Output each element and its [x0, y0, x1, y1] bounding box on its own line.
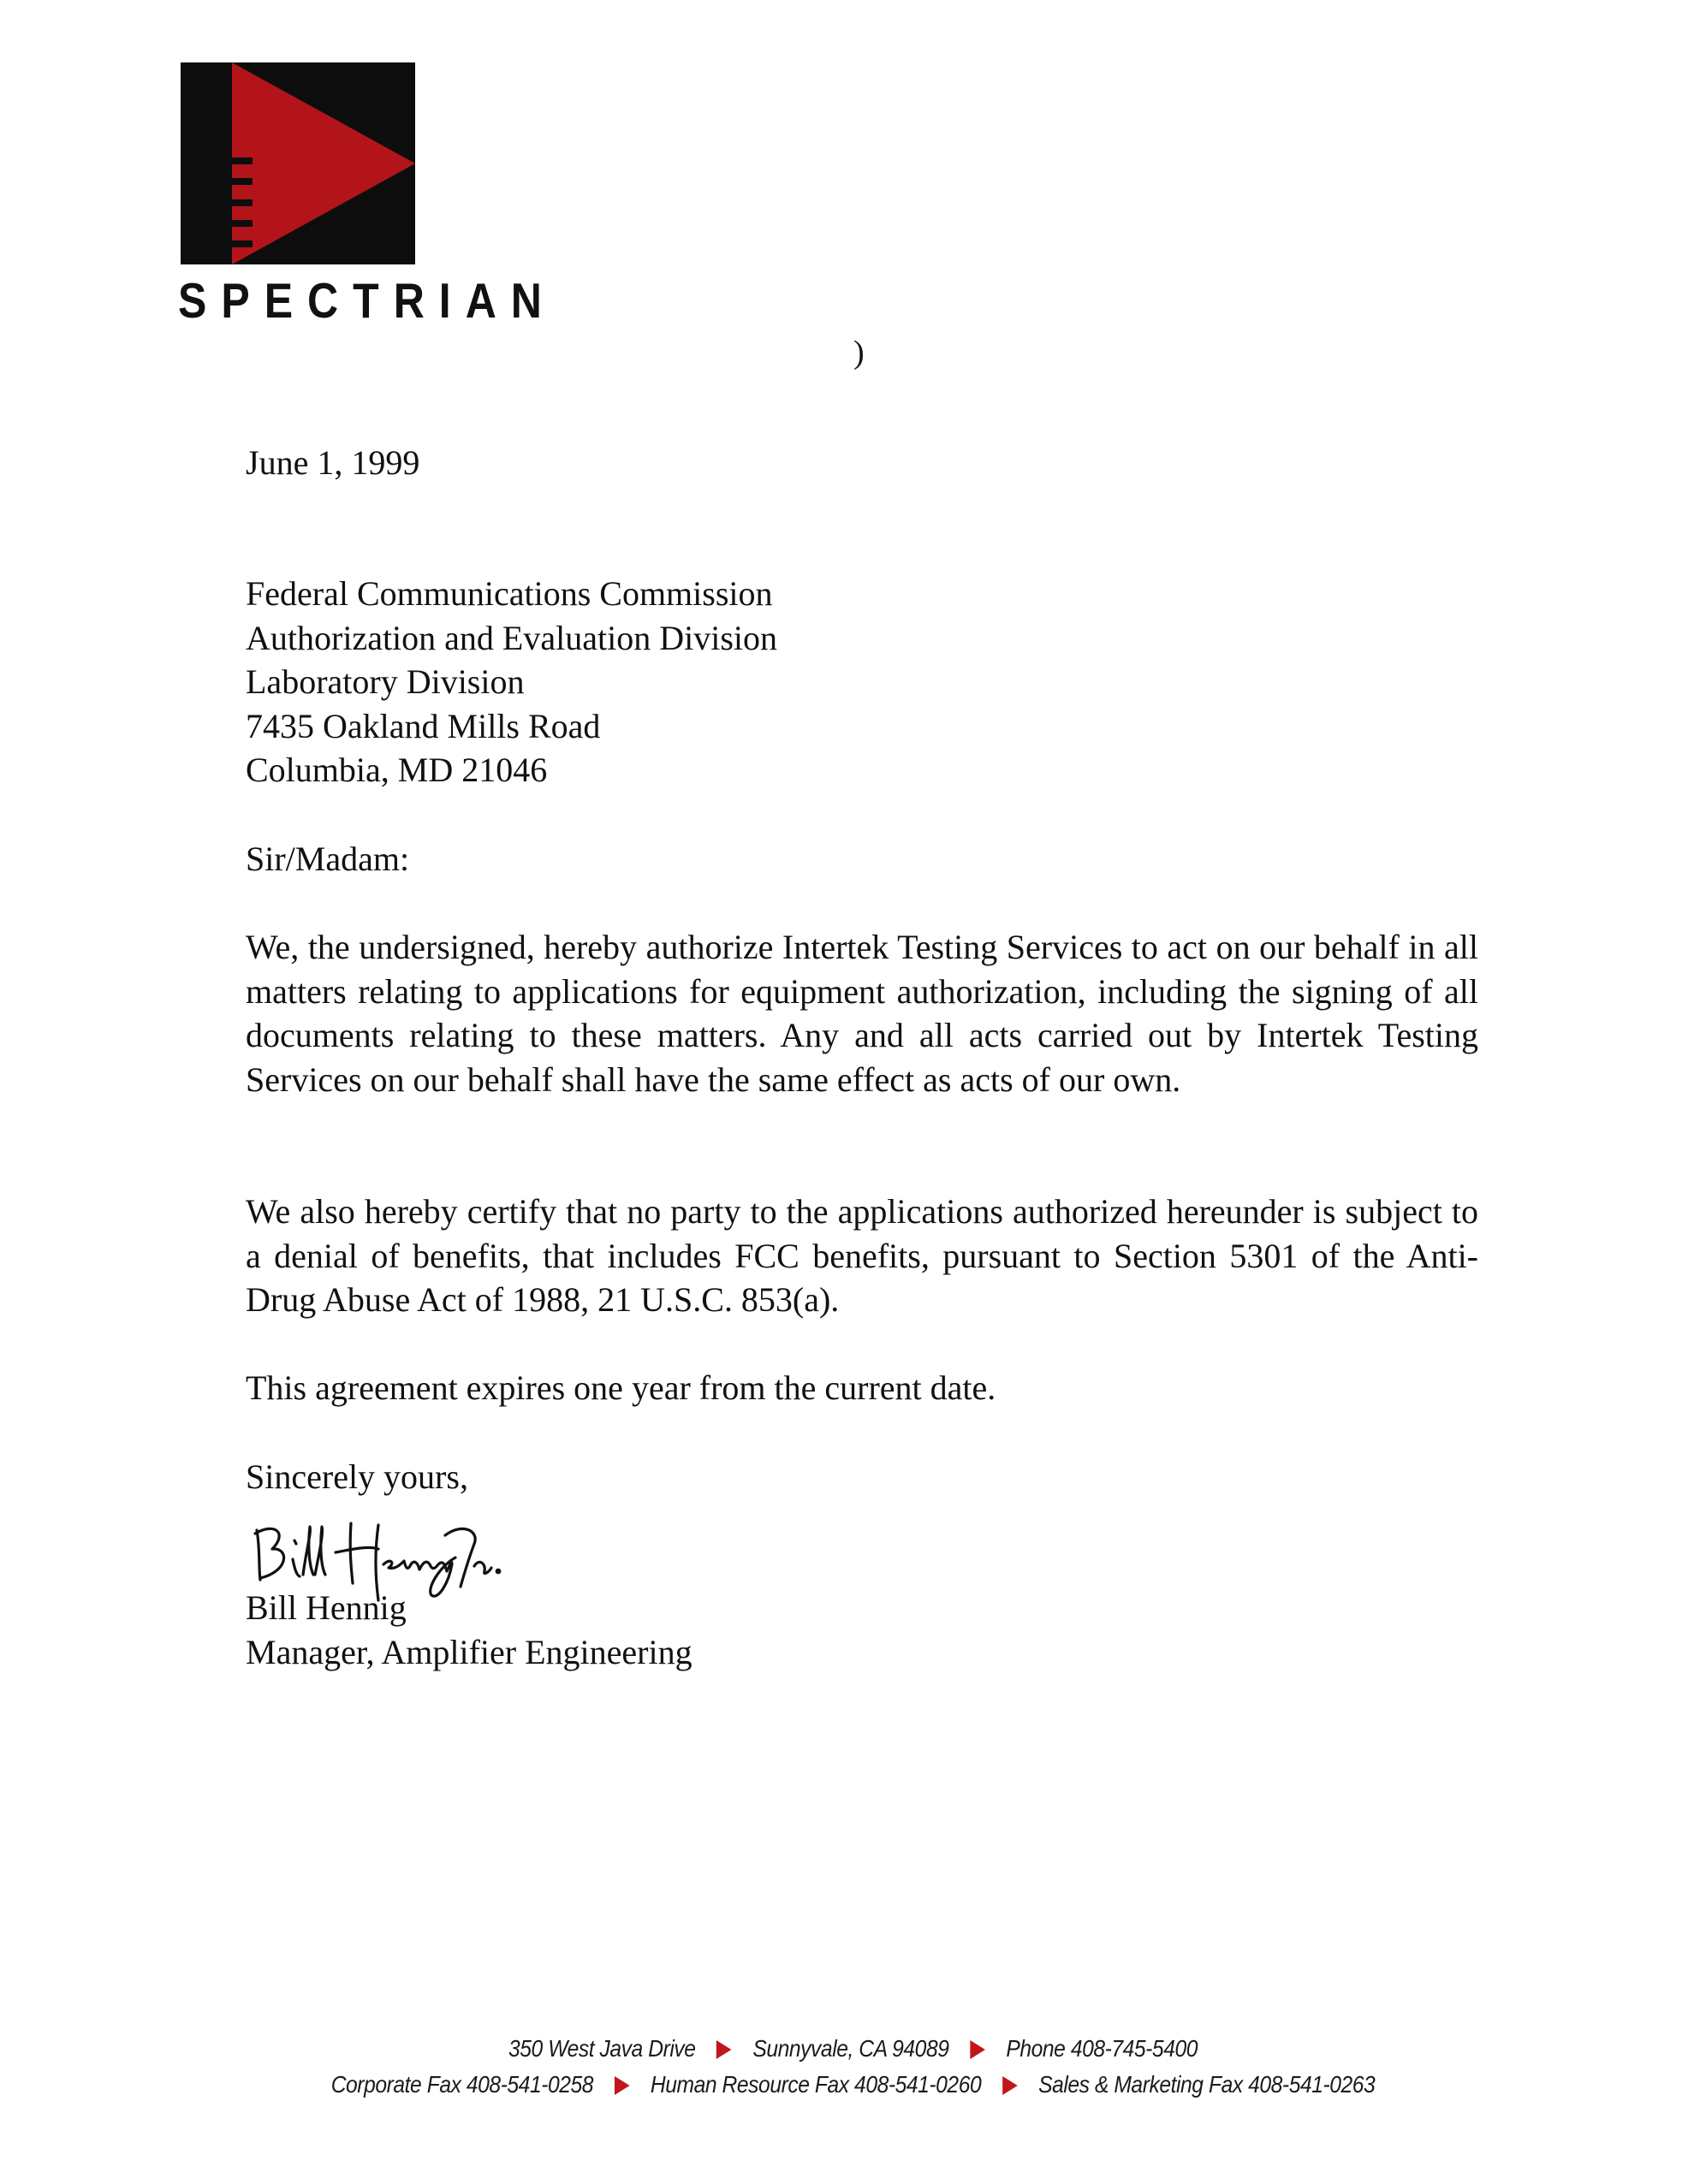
footer-contact-line-1: 350 West Java DriveSunnyvale, CA 94089Ph… — [103, 2035, 1604, 2062]
address-line: Authorization and Evaluation Division — [246, 616, 777, 661]
body-paragraph: This agreement expires one year from the… — [246, 1366, 1478, 1410]
red-triangle-bullet-icon — [716, 2040, 732, 2059]
red-triangle-bullet-icon — [970, 2040, 985, 2059]
company-logo — [181, 62, 415, 264]
footer-sales-fax: Sales & Marketing Fax 408-541-0263 — [1038, 2071, 1375, 2098]
address-line: Laboratory Division — [246, 660, 777, 704]
footer-contact-line-2: Corporate Fax 408-541-0258Human Resource… — [103, 2071, 1604, 2098]
footer-phone: Phone 408-745-5400 — [1006, 2035, 1198, 2062]
company-wordmark: SPECTRIAN — [178, 272, 421, 329]
footer-hr-fax: Human Resource Fax 408-541-0260 — [651, 2071, 981, 2098]
red-triangle-bullet-icon — [615, 2076, 630, 2095]
address-line: Federal Communications Commission — [246, 572, 777, 616]
spectrian-amplifier-triangle-logo-icon — [181, 62, 415, 264]
stray-mark: ) — [853, 334, 865, 371]
red-triangle-bullet-icon — [1002, 2076, 1018, 2095]
recipient-address: Federal Communications Commission Author… — [246, 572, 777, 792]
signer-name: Bill Hennig — [246, 1586, 693, 1630]
letter-date: June 1, 1999 — [246, 441, 419, 485]
body-paragraph: We also hereby certify that no party to … — [246, 1190, 1478, 1322]
body-paragraph: We, the undersigned, hereby authorize In… — [246, 925, 1478, 1101]
signer-block: Bill Hennig Manager, Amplifier Engineeri… — [246, 1586, 693, 1674]
address-line: Columbia, MD 21046 — [246, 748, 777, 792]
footer-corporate-fax: Corporate Fax 408-541-0258 — [331, 2071, 593, 2098]
address-line: 7435 Oakland Mills Road — [246, 704, 777, 749]
salutation: Sir/Madam: — [246, 837, 409, 881]
signer-title: Manager, Amplifier Engineering — [246, 1630, 693, 1675]
closing: Sincerely yours, — [246, 1455, 468, 1499]
footer-city: Sunnyvale, CA 94089 — [752, 2035, 948, 2062]
footer-street: 350 West Java Drive — [508, 2035, 696, 2062]
